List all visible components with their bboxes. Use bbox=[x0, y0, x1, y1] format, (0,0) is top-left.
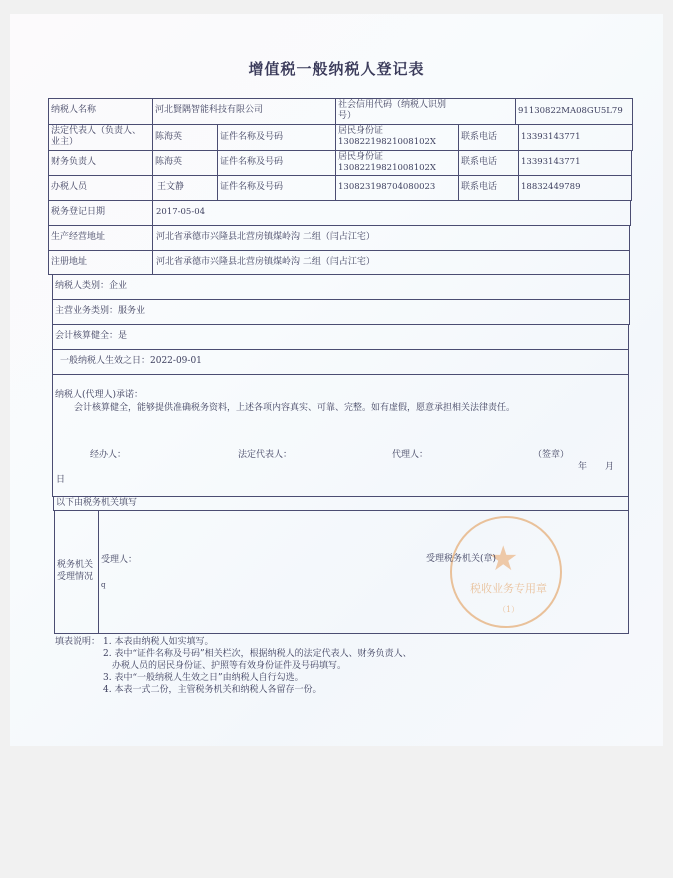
effective-date: 一般纳税人生效之日：2022-09-01 bbox=[60, 356, 202, 367]
stamp-code: （1） bbox=[498, 604, 519, 615]
note-item: 办税人员的居民身份证、护照等有效身份证件及号码填写。 bbox=[112, 661, 346, 672]
finance-name: 陈海英 bbox=[155, 157, 182, 168]
row-reg-date bbox=[48, 200, 631, 226]
finance-id-label: 证件名称及号码 bbox=[220, 157, 283, 168]
legal-rep-label-2: 业主） bbox=[51, 137, 78, 148]
row-taxpayer-type bbox=[52, 274, 630, 300]
tax-office-header-row bbox=[53, 496, 629, 511]
credit-code-label-2: 号） bbox=[338, 111, 356, 122]
receiver-label: 受理人： bbox=[101, 555, 137, 566]
tax-office-header: 以下由税务机关填写 bbox=[56, 498, 137, 509]
main-business: 主营业务类别：服务业 bbox=[55, 306, 145, 317]
legal-rep-id-no: 13082219821008102X bbox=[338, 137, 436, 148]
taxpayer-name-label: 纳税人名称 bbox=[51, 105, 96, 116]
day-label: 日 bbox=[56, 475, 65, 486]
reg-addr-label: 注册地址 bbox=[51, 257, 87, 268]
row-accounting bbox=[52, 324, 629, 350]
tax-office-label-1: 税务机关 bbox=[57, 560, 93, 571]
tax-officer-label: 办税人员 bbox=[51, 182, 87, 193]
legal-rep-name: 陈海英 bbox=[155, 132, 182, 143]
tax-officer-phone: 18832449789 bbox=[521, 182, 581, 193]
legal-rep-phone-label: 联系电话 bbox=[461, 132, 497, 143]
office-seal-label: 受理税务机关(章) bbox=[426, 554, 496, 565]
reg-date-value: 2017-05-04 bbox=[156, 207, 205, 218]
reg-date-label: 税务登记日期 bbox=[51, 207, 105, 218]
legal-rep-phone: 13393143771 bbox=[521, 132, 581, 143]
year-label: 年 bbox=[578, 462, 587, 473]
finance-id-no: 13082219821008102X bbox=[338, 163, 436, 174]
credit-code-label: 社会信用代码（纳税人识别 bbox=[338, 100, 446, 111]
note-item: 2. 表中“证件名称及号码”相关栏次，根据纳税人的法定代表人、财务负责人、 bbox=[103, 649, 412, 660]
finance-phone-label: 联系电话 bbox=[461, 157, 497, 168]
tax-officer-name: 王文静 bbox=[157, 182, 184, 193]
commitment-body: 会计核算健全，能够提供准确税务资料，上述各项内容真实、可靠、完整。如有虚假，愿意… bbox=[74, 403, 515, 414]
taxpayer-name-value: 河北賢隅智能科技有限公司 bbox=[155, 105, 263, 116]
accounting-status: 会计核算健全：是 bbox=[55, 331, 127, 342]
agent-label: 代理人： bbox=[392, 450, 428, 461]
seal-label: （签章） bbox=[533, 450, 569, 461]
note-item: 3. 表中“一般纳税人生效之日”由纳税人自行勾选。 bbox=[103, 673, 304, 684]
finance-phone: 13393143771 bbox=[521, 157, 581, 168]
tax-officer-id-no: 130823198704080023 bbox=[338, 182, 435, 193]
biz-addr-label: 生产经营地址 bbox=[51, 232, 105, 243]
note-item: 1. 本表由纳税人如实填写。 bbox=[103, 637, 213, 648]
tax-officer-id-label: 证件名称及号码 bbox=[220, 182, 283, 193]
legal-rep-label: 法定代表人（负责人、 bbox=[51, 126, 141, 137]
page-title: 增值税一般纳税人登记表 bbox=[10, 58, 663, 79]
biz-addr-value: 河北省承德市兴隆县北营房镇煤岭沟 二组（闫占江宅） bbox=[156, 232, 375, 243]
official-seal-stamp: ★ 税收业务专用章 （1） bbox=[450, 516, 562, 628]
commitment-heading: 纳税人(代理人)承诺： bbox=[55, 390, 143, 401]
taxpayer-type: 纳税人类别：企业 bbox=[55, 281, 127, 292]
credit-code-value: 91130822MA08GU5L79 bbox=[518, 106, 623, 117]
note-item: 4. 本表一式二份，主管税务机关和纳税人各留存一份。 bbox=[103, 685, 321, 696]
month-label: 月 bbox=[605, 462, 614, 473]
finance-id-type: 居民身份证 bbox=[338, 152, 383, 163]
legal-rep-sign-label: 法定代表人： bbox=[238, 450, 292, 461]
finance-label: 财务负责人 bbox=[51, 157, 96, 168]
tax-office-label-2: 受理情况 bbox=[57, 572, 93, 583]
handler-label: 经办人： bbox=[90, 450, 126, 461]
legal-rep-id-label: 证件名称及号码 bbox=[220, 132, 283, 143]
receiver-mark: q bbox=[101, 580, 105, 591]
legal-rep-id-type: 居民身份证 bbox=[338, 126, 383, 137]
tax-officer-phone-label: 联系电话 bbox=[461, 182, 497, 193]
stamp-text: 税收业务专用章 bbox=[470, 580, 547, 596]
reg-addr-value: 河北省承德市兴隆县北营房镇煤岭沟 二组（闫占江宅） bbox=[156, 257, 375, 268]
notes-label: 填表说明： bbox=[55, 637, 100, 648]
